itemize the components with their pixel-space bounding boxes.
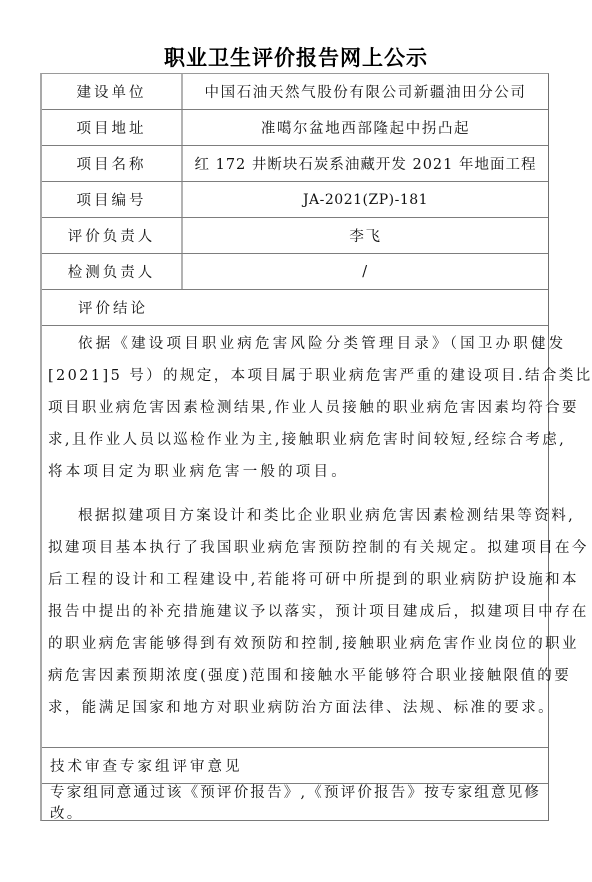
table-row-project-number: 项目编号 JA-2021(ZP)-181 xyxy=(42,182,548,218)
paragraph-line: 拟建项目基本执行了我国职业病危害预防控制的有关规定。拟建项目在今 xyxy=(48,532,592,564)
conclusion-heading: 评价结论 xyxy=(42,290,548,325)
disclosure-table: 建设单位 中国石油天然气股份有限公司新疆油田分公司 项目地址 准噶尔盆地西部隆起… xyxy=(40,73,549,821)
row-value: 李飞 xyxy=(183,218,548,253)
page-title: 职业卫生评价报告网上公示 xyxy=(0,44,592,72)
expert-review-opinion: 专家组同意通过该《预评价报告》,《预评价报告》按专家组意见修改。 xyxy=(42,784,548,820)
paragraph-line: 后工程的设计和工程建设中,若能将可研中所提到的职业病防护设施和本 xyxy=(48,564,592,596)
row-value: 红 172 井断块石炭系油藏开发 2021 年地面工程 xyxy=(183,146,548,181)
row-label: 建设单位 xyxy=(42,74,183,109)
table-row-conclusion-body: 依据《建设项目职业病危害风险分类管理目录》（国卫办职健发 [2021]5 号）的… xyxy=(42,326,548,748)
paragraph-line: 依据《建设项目职业病危害风险分类管理目录》（国卫办职健发 xyxy=(48,328,592,360)
paragraph-line: 报告中提出的补充措施建议予以落实，预计项目建成后，拟建项目中存在 xyxy=(48,596,592,628)
paragraph-line: 病危害因素预期浓度(强度)范围和接触水平能够符合职业接触限值的要 xyxy=(48,660,592,692)
paragraph-line: 根据拟建项目方案设计和类比企业职业病危害因素检测结果等资料, xyxy=(48,500,592,532)
table-row-evaluation-lead: 评价负责人 李飞 xyxy=(42,218,548,254)
row-value: 准噶尔盆地西部隆起中拐凸起 xyxy=(183,110,548,145)
table-row-conclusion-heading: 评价结论 xyxy=(42,290,548,326)
table-row-expert-heading: 技术审查专家组评审意见 xyxy=(42,748,548,784)
conclusion-text: 依据《建设项目职业病危害风险分类管理目录》（国卫办职健发 [2021]5 号）的… xyxy=(42,326,592,747)
table-row-construction-unit: 建设单位 中国石油天然气股份有限公司新疆油田分公司 xyxy=(42,74,548,110)
row-label: 项目编号 xyxy=(42,182,183,217)
paragraph-line: 求,且作业人员以巡检作业为主,接触职业病危害时间较短,经综合考虑, xyxy=(48,424,592,456)
table-row-project-address: 项目地址 准噶尔盆地西部隆起中拐凸起 xyxy=(42,110,548,146)
table-row-expert-opinion: 专家组同意通过该《预评价报告》,《预评价报告》按专家组意见修改。 xyxy=(42,784,548,820)
paragraph-line: 将本项目定为职业病危害一般的项目。 xyxy=(48,456,592,488)
paragraph-line: 项目职业病危害因素检测结果,作业人员接触的职业病危害因素均符合要 xyxy=(48,392,592,424)
row-label: 项目地址 xyxy=(42,110,183,145)
table-row-testing-lead: 检测负责人 / xyxy=(42,254,548,290)
row-value: JA-2021(ZP)-181 xyxy=(183,182,548,217)
paragraph-line: 的职业病危害能够得到有效预防和控制,接触职业病危害作业岗位的职业 xyxy=(48,628,592,660)
row-label: 评价负责人 xyxy=(42,218,183,253)
paragraph-line: 求，能满足国家和地方对职业病防治方面法律、法规、标准的要求。 xyxy=(48,692,592,724)
row-label: 项目名称 xyxy=(42,146,183,181)
paragraph-line: [2021]5 号）的规定，本项目属于职业病危害严重的建设项目.结合类比 xyxy=(48,360,592,392)
table-row-project-name: 项目名称 红 172 井断块石炭系油藏开发 2021 年地面工程 xyxy=(42,146,548,182)
row-label: 检测负责人 xyxy=(42,254,183,289)
row-value: 中国石油天然气股份有限公司新疆油田分公司 xyxy=(183,74,548,109)
expert-review-heading: 技术审查专家组评审意见 xyxy=(42,748,548,783)
row-value: / xyxy=(183,254,548,289)
